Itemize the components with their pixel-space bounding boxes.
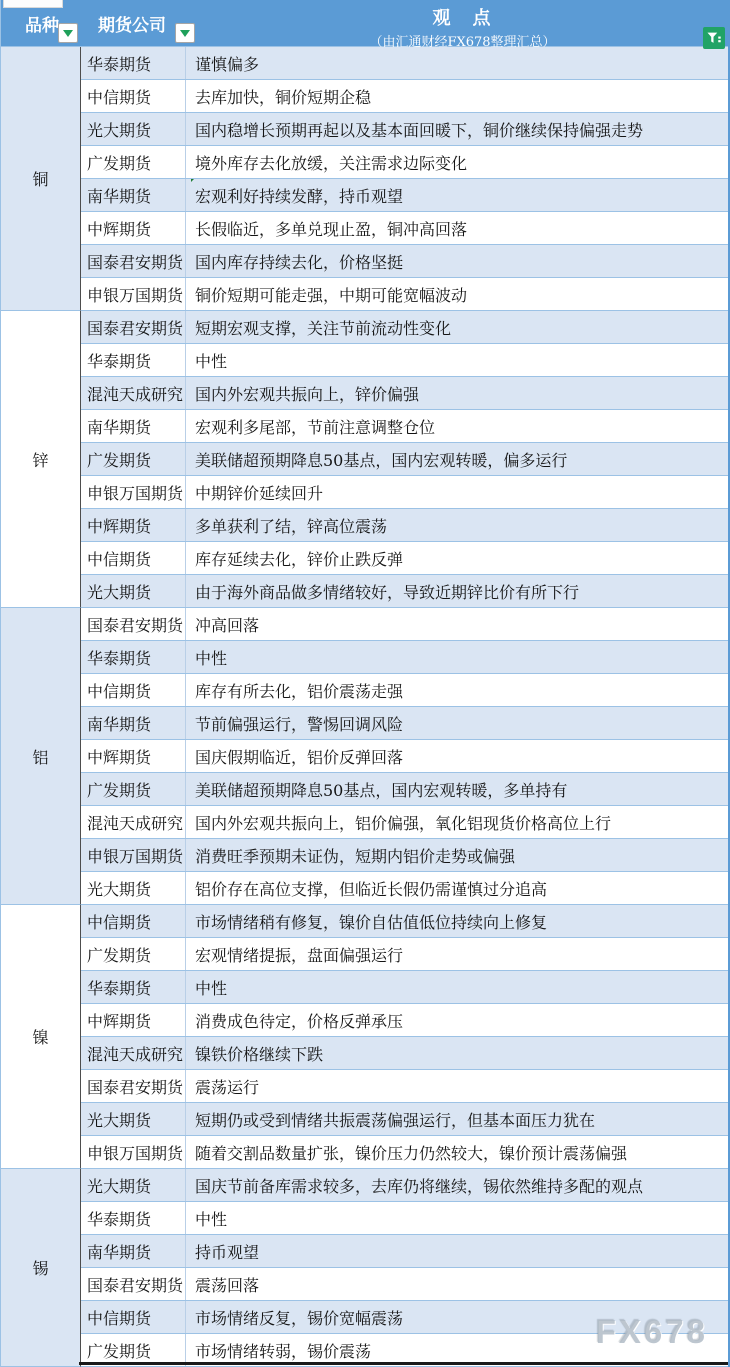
table-row[interactable]: 中信期货 库存有所去化，铝价震荡走强 — [81, 674, 728, 707]
company-name: 中辉期货 — [87, 217, 151, 240]
company-name: 国泰君安期货 — [87, 1075, 183, 1098]
view-text: 长假临近，多单兑现止盈，铜冲高回落 — [195, 217, 467, 240]
commodity-section: 锡 光大期货 国庆节前备库需求较多，去库仍将继续，锡依然维持多配的观点 华泰期货… — [1, 1169, 728, 1367]
view-text: 市场情绪转弱，锡价震荡 — [195, 1339, 371, 1362]
view-cell[interactable]: 铝价存在高位支撑，但临近长假仍需谨慎过分追高 — [186, 872, 728, 904]
company-name: 中信期货 — [87, 1306, 151, 1329]
table-bottom-border — [79, 1362, 728, 1365]
table-row[interactable]: 混沌天成研究 国内外宏观共振向上，铝价偏强，氧化铝现货价格高位上行 — [81, 806, 728, 839]
view-text: 市场情绪反复，锡价宽幅震荡 — [195, 1306, 403, 1329]
section-rows: 华泰期货 谨慎偏多 中信期货 去库加快，铜价短期企稳 光大期货 国内稳增长预期再… — [81, 47, 728, 311]
view-text: 去库加快，铜价短期企稳 — [195, 85, 371, 108]
view-cell[interactable]: 国内库存持续去化，价格坚挺 — [186, 245, 728, 277]
table-row[interactable]: 国泰君安期货 短期宏观支撑，关注节前流动性变化 — [81, 311, 728, 344]
view-cell[interactable]: 宏观利多尾部，节前注意调整仓位 — [186, 410, 728, 442]
view-text: 国内外宏观共振向上，铝价偏强，氧化铝现货价格高位上行 — [195, 811, 611, 834]
company-name: 南华期货 — [87, 415, 151, 438]
company-name: 国泰君安期货 — [87, 250, 183, 273]
section-rows: 光大期货 国庆节前备库需求较多，去库仍将继续，锡依然维持多配的观点 华泰期货 中… — [81, 1169, 728, 1367]
variety-cell[interactable]: 铝 — [1, 608, 81, 905]
view-column-header: 观 点 （由汇通财经FX678整理汇总） — [197, 0, 728, 47]
table-row[interactable]: 中信期货 市场情绪稍有修复，镍价自估值低位持续向上修复 — [81, 905, 728, 938]
company-cell[interactable]: 国泰君安期货 — [81, 608, 186, 640]
company-cell[interactable]: 广发期货 — [81, 146, 186, 178]
company-name: 中信期货 — [87, 85, 151, 108]
view-text: 消费成色待定，价格反弹承压 — [195, 1009, 403, 1032]
table-row[interactable]: 国泰君安期货 震荡回落 — [81, 1268, 728, 1301]
view-text: 消费旺季预期未证伪，短期内铝价走势或偏强 — [195, 844, 515, 867]
view-text: 国庆节前备库需求较多，去库仍将继续，锡依然维持多配的观点 — [195, 1174, 643, 1197]
company-name: 广发期货 — [87, 943, 151, 966]
company-cell[interactable]: 南华期货 — [81, 707, 186, 739]
table-row[interactable]: 华泰期货 中性 — [81, 1202, 728, 1235]
company-name: 光大期货 — [87, 580, 151, 603]
company-cell[interactable]: 中辉期货 — [81, 212, 186, 244]
view-cell[interactable]: 多单获利了结，锌高位震荡 — [186, 509, 728, 541]
view-cell[interactable]: 短期宏观支撑，关注节前流动性变化 — [186, 311, 728, 343]
company-cell[interactable]: 国泰君安期货 — [81, 1268, 186, 1300]
company-name: 国泰君安期货 — [87, 613, 183, 636]
company-cell[interactable]: 中信期货 — [81, 80, 186, 112]
company-name: 华泰期货 — [87, 52, 151, 75]
view-cell[interactable]: 随着交割品数量扩张，镍价压力仍然较大，镍价预计震荡偏强 — [186, 1136, 728, 1168]
company-name: 国泰君安期货 — [87, 1273, 183, 1296]
table-row[interactable]: 光大期货 短期仍或受到情绪共振震荡偏强运行，但基本面压力犹在 — [81, 1103, 728, 1136]
company-cell[interactable]: 中信期货 — [81, 674, 186, 706]
company-cell[interactable]: 华泰期货 — [81, 971, 186, 1003]
view-text: 持币观望 — [195, 1240, 259, 1263]
table-row[interactable]: 国泰君安期货 冲高回落 — [81, 608, 728, 641]
company-cell[interactable]: 申银万国期货 — [81, 1136, 186, 1168]
company-cell[interactable]: 混沌天成研究 — [81, 1037, 186, 1069]
view-cell[interactable]: 宏观情绪提振，盘面偏强运行 — [186, 938, 728, 970]
view-header-title: 观 点 — [197, 4, 728, 30]
company-name: 华泰期货 — [87, 646, 151, 669]
view-cell[interactable]: 短期仍或受到情绪共振震荡偏强运行，但基本面压力犹在 — [186, 1103, 728, 1135]
company-cell[interactable]: 中信期货 — [81, 1301, 186, 1333]
view-cell[interactable]: 国庆假期临近，铝价反弹回落 — [186, 740, 728, 772]
company-cell[interactable]: 中辉期货 — [81, 740, 186, 772]
table-row[interactable]: 华泰期货 谨慎偏多 — [81, 47, 728, 80]
view-text: 中性 — [195, 1207, 227, 1230]
table-header: 品种 期货公司 观 点 （由汇通财经FX678整理汇总） — [1, 0, 728, 47]
table-row[interactable]: 光大期货 铝价存在高位支撑，但临近长假仍需谨慎过分追高 — [81, 872, 728, 905]
company-name: 中信期货 — [87, 547, 151, 570]
commodity-section: 铝 国泰君安期货 冲高回落 华泰期货 中性 中信期货 库存有所去化，铝价震荡走强… — [1, 608, 728, 905]
view-text: 中性 — [195, 646, 227, 669]
company-name: 国泰君安期货 — [87, 316, 183, 339]
table-row[interactable]: 南华期货 宏观利多尾部，节前注意调整仓位 — [81, 410, 728, 443]
variety-label: 镍 — [32, 1025, 48, 1048]
variety-cell[interactable]: 锡 — [1, 1169, 81, 1367]
view-text: 宏观利好持续发酵，持币观望 — [195, 184, 403, 207]
company-cell[interactable]: 申银万国期货 — [81, 839, 186, 871]
view-cell[interactable]: 美联储超预期降息50基点，国内宏观转暖，多单持有 — [186, 773, 728, 805]
view-cell[interactable]: 中性 — [186, 344, 728, 376]
table-row[interactable]: 中辉期货 消费成色待定，价格反弹承压 — [81, 1004, 728, 1037]
company-name: 中信期货 — [87, 679, 151, 702]
company-name: 中辉期货 — [87, 1009, 151, 1032]
view-cell[interactable]: 库存延续去化，锌价止跌反弹 — [186, 542, 728, 574]
company-cell[interactable]: 光大期货 — [81, 1103, 186, 1135]
dropdown-arrow-icon — [63, 30, 73, 37]
view-text: 多单获利了结，锌高位震荡 — [195, 514, 387, 537]
view-text: 市场情绪稍有修复，镍价自估值低位持续向上修复 — [195, 910, 547, 933]
company-cell[interactable]: 国泰君安期货 — [81, 311, 186, 343]
company-cell[interactable]: 中辉期货 — [81, 1004, 186, 1036]
table-row[interactable]: 中信期货 去库加快，铜价短期企稳 — [81, 80, 728, 113]
table-row[interactable]: 中辉期货 国庆假期临近，铝价反弹回落 — [81, 740, 728, 773]
company-cell[interactable]: 国泰君安期货 — [81, 1070, 186, 1102]
view-text: 美联储超预期降息50基点，国内宏观转暖，偏多运行 — [195, 448, 567, 471]
company-name: 申银万国期货 — [87, 1141, 183, 1164]
funnel-glyph — [705, 29, 723, 47]
company-cell[interactable]: 国泰君安期货 — [81, 245, 186, 277]
view-cell[interactable]: 国内外宏观共振向上，铝价偏强，氧化铝现货价格高位上行 — [186, 806, 728, 838]
view-cell[interactable]: 震荡运行 — [186, 1070, 728, 1102]
view-text: 铜价短期可能走强，中期可能宽幅波动 — [195, 283, 467, 306]
view-cell[interactable]: 长假临近，多单兑现止盈，铜冲高回落 — [186, 212, 728, 244]
company-cell[interactable]: 南华期货 — [81, 1235, 186, 1267]
company-cell[interactable]: 光大期货 — [81, 872, 186, 904]
view-cell[interactable]: 市场情绪反复，锡价宽幅震荡 — [186, 1301, 728, 1333]
dropdown-arrow-icon — [180, 30, 190, 37]
section-rows: 国泰君安期货 短期宏观支撑，关注节前流动性变化 华泰期货 中性 混沌天成研究 国… — [81, 311, 728, 608]
view-text: 震荡运行 — [195, 1075, 259, 1098]
table-row[interactable]: 申银万国期货 中期锌价延续回升 — [81, 476, 728, 509]
company-cell[interactable]: 南华期货 — [81, 410, 186, 442]
variety-cell[interactable]: 铜 — [1, 47, 81, 311]
company-cell[interactable]: 广发期货 — [81, 773, 186, 805]
company-cell[interactable]: 申银万国期货 — [81, 476, 186, 508]
commodity-section: 镍 中信期货 市场情绪稍有修复，镍价自估值低位持续向上修复 广发期货 宏观情绪提… — [1, 905, 728, 1169]
view-cell[interactable]: 镍铁价格继续下跌 — [186, 1037, 728, 1069]
view-text: 中期锌价延续回升 — [195, 481, 323, 504]
view-text: 美联储超预期降息50基点，国内宏观转暖，多单持有 — [195, 778, 567, 801]
view-text: 中性 — [195, 976, 227, 999]
view-text: 随着交割品数量扩张，镍价压力仍然较大，镍价预计震荡偏强 — [195, 1141, 627, 1164]
table-row[interactable]: 混沌天成研究 国内外宏观共振向上，锌价偏强 — [81, 377, 728, 410]
company-name: 混沌天成研究 — [87, 1042, 183, 1065]
company-name: 广发期货 — [87, 151, 151, 174]
view-cell[interactable]: 中性 — [186, 641, 728, 673]
table-row[interactable]: 中辉期货 长假临近，多单兑现止盈，铜冲高回落 — [81, 212, 728, 245]
variety-filter-dropdown[interactable] — [58, 23, 78, 43]
view-cell[interactable]: 中性 — [186, 1202, 728, 1234]
company-name: 申银万国期货 — [87, 283, 183, 306]
view-text: 国内库存持续去化，价格坚挺 — [195, 250, 403, 273]
table-row[interactable]: 南华期货 持币观望 — [81, 1235, 728, 1268]
table-row[interactable]: 广发期货 美联储超预期降息50基点，国内宏观转暖，多单持有 — [81, 773, 728, 806]
company-cell[interactable]: 南华期货 — [81, 179, 186, 211]
table-row[interactable]: 中辉期货 多单获利了结，锌高位震荡 — [81, 509, 728, 542]
view-text: 国内稳增长预期再起以及基本面回暖下，铜价继续保持偏强走势 — [195, 118, 643, 141]
variety-label: 锡 — [32, 1256, 48, 1279]
view-text: 震荡回落 — [195, 1273, 259, 1296]
view-cell[interactable]: 冲高回落 — [186, 608, 728, 640]
company-name: 广发期货 — [87, 1339, 151, 1362]
view-cell[interactable]: 持币观望 — [186, 1235, 728, 1267]
table-row[interactable]: 南华期货 宏观利好持续发酵，持币观望 — [81, 179, 728, 212]
view-text: 镍铁价格继续下跌 — [195, 1042, 323, 1065]
view-cell[interactable]: 国庆节前备库需求较多，去库仍将继续，锡依然维持多配的观点 — [186, 1169, 728, 1201]
section-rows: 国泰君安期货 冲高回落 华泰期货 中性 中信期货 库存有所去化，铝价震荡走强 南… — [81, 608, 728, 905]
company-name: 混沌天成研究 — [87, 811, 183, 834]
table-row[interactable]: 中信期货 库存延续去化，锌价止跌反弹 — [81, 542, 728, 575]
view-text: 谨慎偏多 — [195, 52, 259, 75]
view-cell[interactable]: 中期锌价延续回升 — [186, 476, 728, 508]
company-name: 光大期货 — [87, 1108, 151, 1131]
commodity-section: 铜 华泰期货 谨慎偏多 中信期货 去库加快，铜价短期企稳 光大期货 国内稳增长预… — [1, 47, 728, 311]
company-cell[interactable]: 申银万国期货 — [81, 278, 186, 310]
company-filter-dropdown[interactable] — [175, 23, 195, 43]
table-row[interactable]: 广发期货 宏观情绪提振，盘面偏强运行 — [81, 938, 728, 971]
company-name: 申银万国期货 — [87, 481, 183, 504]
view-text: 宏观情绪提振，盘面偏强运行 — [195, 943, 403, 966]
company-name: 华泰期货 — [87, 976, 151, 999]
company-name: 华泰期货 — [87, 1207, 151, 1230]
variety-label: 铝 — [32, 745, 48, 768]
company-cell[interactable]: 混沌天成研究 — [81, 806, 186, 838]
company-column-header: 期货公司 — [98, 11, 166, 36]
company-name: 中辉期货 — [87, 514, 151, 537]
table-row[interactable]: 中信期货 市场情绪反复，锡价宽幅震荡 — [81, 1301, 728, 1334]
view-text: 国内外宏观共振向上，锌价偏强 — [195, 382, 419, 405]
company-cell[interactable]: 光大期货 — [81, 575, 186, 607]
view-cell[interactable]: 境外库存去化放缓，关注需求边际变化 — [186, 146, 728, 178]
company-cell[interactable]: 中辉期货 — [81, 509, 186, 541]
view-cell[interactable]: 库存有所去化，铝价震荡走强 — [186, 674, 728, 706]
company-cell[interactable]: 华泰期货 — [81, 47, 186, 79]
company-name: 光大期货 — [87, 118, 151, 141]
view-cell[interactable]: 节前偏强运行，警惕回调风险 — [186, 707, 728, 739]
company-name: 华泰期货 — [87, 349, 151, 372]
view-text: 境外库存去化放缓，关注需求边际变化 — [195, 151, 467, 174]
company-name: 中信期货 — [87, 910, 151, 933]
table-row[interactable]: 光大期货 国庆节前备库需求较多，去库仍将继续，锡依然维持多配的观点 — [81, 1169, 728, 1202]
table-row[interactable]: 广发期货 美联储超预期降息50基点，国内宏观转暖，偏多运行 — [81, 443, 728, 476]
view-text: 库存有所去化，铝价震荡走强 — [195, 679, 403, 702]
futures-opinion-table: 品种 期货公司 观 点 （由汇通财经FX678整理汇总） 铜 华泰期货 — [0, 0, 730, 1367]
view-text: 国庆假期临近，铝价反弹回落 — [195, 745, 403, 768]
company-name: 南华期货 — [87, 184, 151, 207]
company-name: 申银万国期货 — [87, 844, 183, 867]
company-cell[interactable]: 华泰期货 — [81, 1202, 186, 1234]
table-row[interactable]: 华泰期货 中性 — [81, 971, 728, 1004]
view-cell[interactable]: 市场情绪稍有修复，镍价自估值低位持续向上修复 — [186, 905, 728, 937]
company-cell[interactable]: 光大期货 — [81, 113, 186, 145]
company-cell[interactable]: 混沌天成研究 — [81, 377, 186, 409]
company-cell[interactable]: 华泰期货 — [81, 641, 186, 673]
company-name: 南华期货 — [87, 1240, 151, 1263]
company-name: 中辉期货 — [87, 745, 151, 768]
comment-marker-icon — [191, 179, 197, 182]
table-row[interactable]: 华泰期货 中性 — [81, 641, 728, 674]
view-cell[interactable]: 由于海外商品做多情绪较好，导致近期锌比价有所下行 — [186, 575, 728, 607]
company-cell[interactable]: 中信期货 — [81, 542, 186, 574]
view-cell[interactable]: 震荡回落 — [186, 1268, 728, 1300]
view-text: 库存延续去化，锌价止跌反弹 — [195, 547, 403, 570]
company-cell[interactable]: 华泰期货 — [81, 344, 186, 376]
table-row[interactable]: 申银万国期货 随着交割品数量扩张，镍价压力仍然较大，镍价预计震荡偏强 — [81, 1136, 728, 1169]
variety-cell[interactable]: 锌 — [1, 311, 81, 608]
variety-label: 铜 — [32, 167, 48, 190]
variety-label: 锌 — [32, 448, 48, 471]
company-name: 南华期货 — [87, 712, 151, 735]
view-cell[interactable]: 铜价短期可能走强，中期可能宽幅波动 — [186, 278, 728, 310]
view-cell[interactable]: 美联储超预期降息50基点，国内宏观转暖，偏多运行 — [186, 443, 728, 475]
company-cell[interactable]: 中信期货 — [81, 905, 186, 937]
table-row[interactable]: 国泰君安期货 国内库存持续去化，价格坚挺 — [81, 245, 728, 278]
company-name: 光大期货 — [87, 1174, 151, 1197]
table-row[interactable]: 国泰君安期货 震荡运行 — [81, 1070, 728, 1103]
view-cell[interactable]: 消费旺季预期未证伪，短期内铝价走势或偏强 — [186, 839, 728, 871]
view-cell[interactable]: 去库加快，铜价短期企稳 — [186, 80, 728, 112]
view-cell[interactable]: 中性 — [186, 971, 728, 1003]
table-row[interactable]: 广发期货 境外库存去化放缓，关注需求边际变化 — [81, 146, 728, 179]
view-text: 短期仍或受到情绪共振震荡偏强运行，但基本面压力犹在 — [195, 1108, 595, 1131]
view-text: 节前偏强运行，警惕回调风险 — [195, 712, 403, 735]
company-name: 广发期货 — [87, 778, 151, 801]
view-text: 冲高回落 — [195, 613, 259, 636]
view-text: 由于海外商品做多情绪较好，导致近期锌比价有所下行 — [195, 580, 579, 603]
view-cell[interactable]: 谨慎偏多 — [186, 47, 728, 79]
table-row[interactable]: 南华期货 节前偏强运行，警惕回调风险 — [81, 707, 728, 740]
funnel-filter-icon[interactable] — [703, 27, 725, 49]
company-name: 广发期货 — [87, 448, 151, 471]
section-rows: 中信期货 市场情绪稍有修复，镍价自估值低位持续向上修复 广发期货 宏观情绪提振，… — [81, 905, 728, 1169]
company-cell[interactable]: 广发期货 — [81, 938, 186, 970]
variety-cell[interactable]: 镍 — [1, 905, 81, 1169]
company-name: 光大期货 — [87, 877, 151, 900]
table-row[interactable]: 光大期货 国内稳增长预期再起以及基本面回暖下，铜价继续保持偏强走势 — [81, 113, 728, 146]
commodity-section: 锌 国泰君安期货 短期宏观支撑，关注节前流动性变化 华泰期货 中性 混沌天成研究… — [1, 311, 728, 608]
table-row[interactable]: 光大期货 由于海外商品做多情绪较好，导致近期锌比价有所下行 — [81, 575, 728, 608]
table-row[interactable]: 华泰期货 中性 — [81, 344, 728, 377]
variety-column-header: 品种 — [25, 11, 59, 36]
company-cell[interactable]: 光大期货 — [81, 1169, 186, 1201]
table-row[interactable]: 申银万国期货 消费旺季预期未证伪，短期内铝价走势或偏强 — [81, 839, 728, 872]
company-name: 混沌天成研究 — [87, 382, 183, 405]
table-row[interactable]: 申银万国期货 铜价短期可能走强，中期可能宽幅波动 — [81, 278, 728, 311]
corner-notch — [3, 0, 63, 8]
company-cell[interactable]: 广发期货 — [81, 443, 186, 475]
view-cell[interactable]: 国内外宏观共振向上，锌价偏强 — [186, 377, 728, 409]
view-text: 铝价存在高位支撑，但临近长假仍需谨慎过分追高 — [195, 877, 547, 900]
view-cell[interactable]: 消费成色待定，价格反弹承压 — [186, 1004, 728, 1036]
view-text: 短期宏观支撑，关注节前流动性变化 — [195, 316, 451, 339]
view-cell[interactable]: 国内稳增长预期再起以及基本面回暖下，铜价继续保持偏强走势 — [186, 113, 728, 145]
view-text: 中性 — [195, 349, 227, 372]
table-row[interactable]: 混沌天成研究 镍铁价格继续下跌 — [81, 1037, 728, 1070]
view-cell[interactable]: 宏观利好持续发酵，持币观望 — [186, 179, 728, 211]
view-text: 宏观利多尾部，节前注意调整仓位 — [195, 415, 435, 438]
table-body: 铜 华泰期货 谨慎偏多 中信期货 去库加快，铜价短期企稳 光大期货 国内稳增长预… — [1, 47, 728, 1367]
